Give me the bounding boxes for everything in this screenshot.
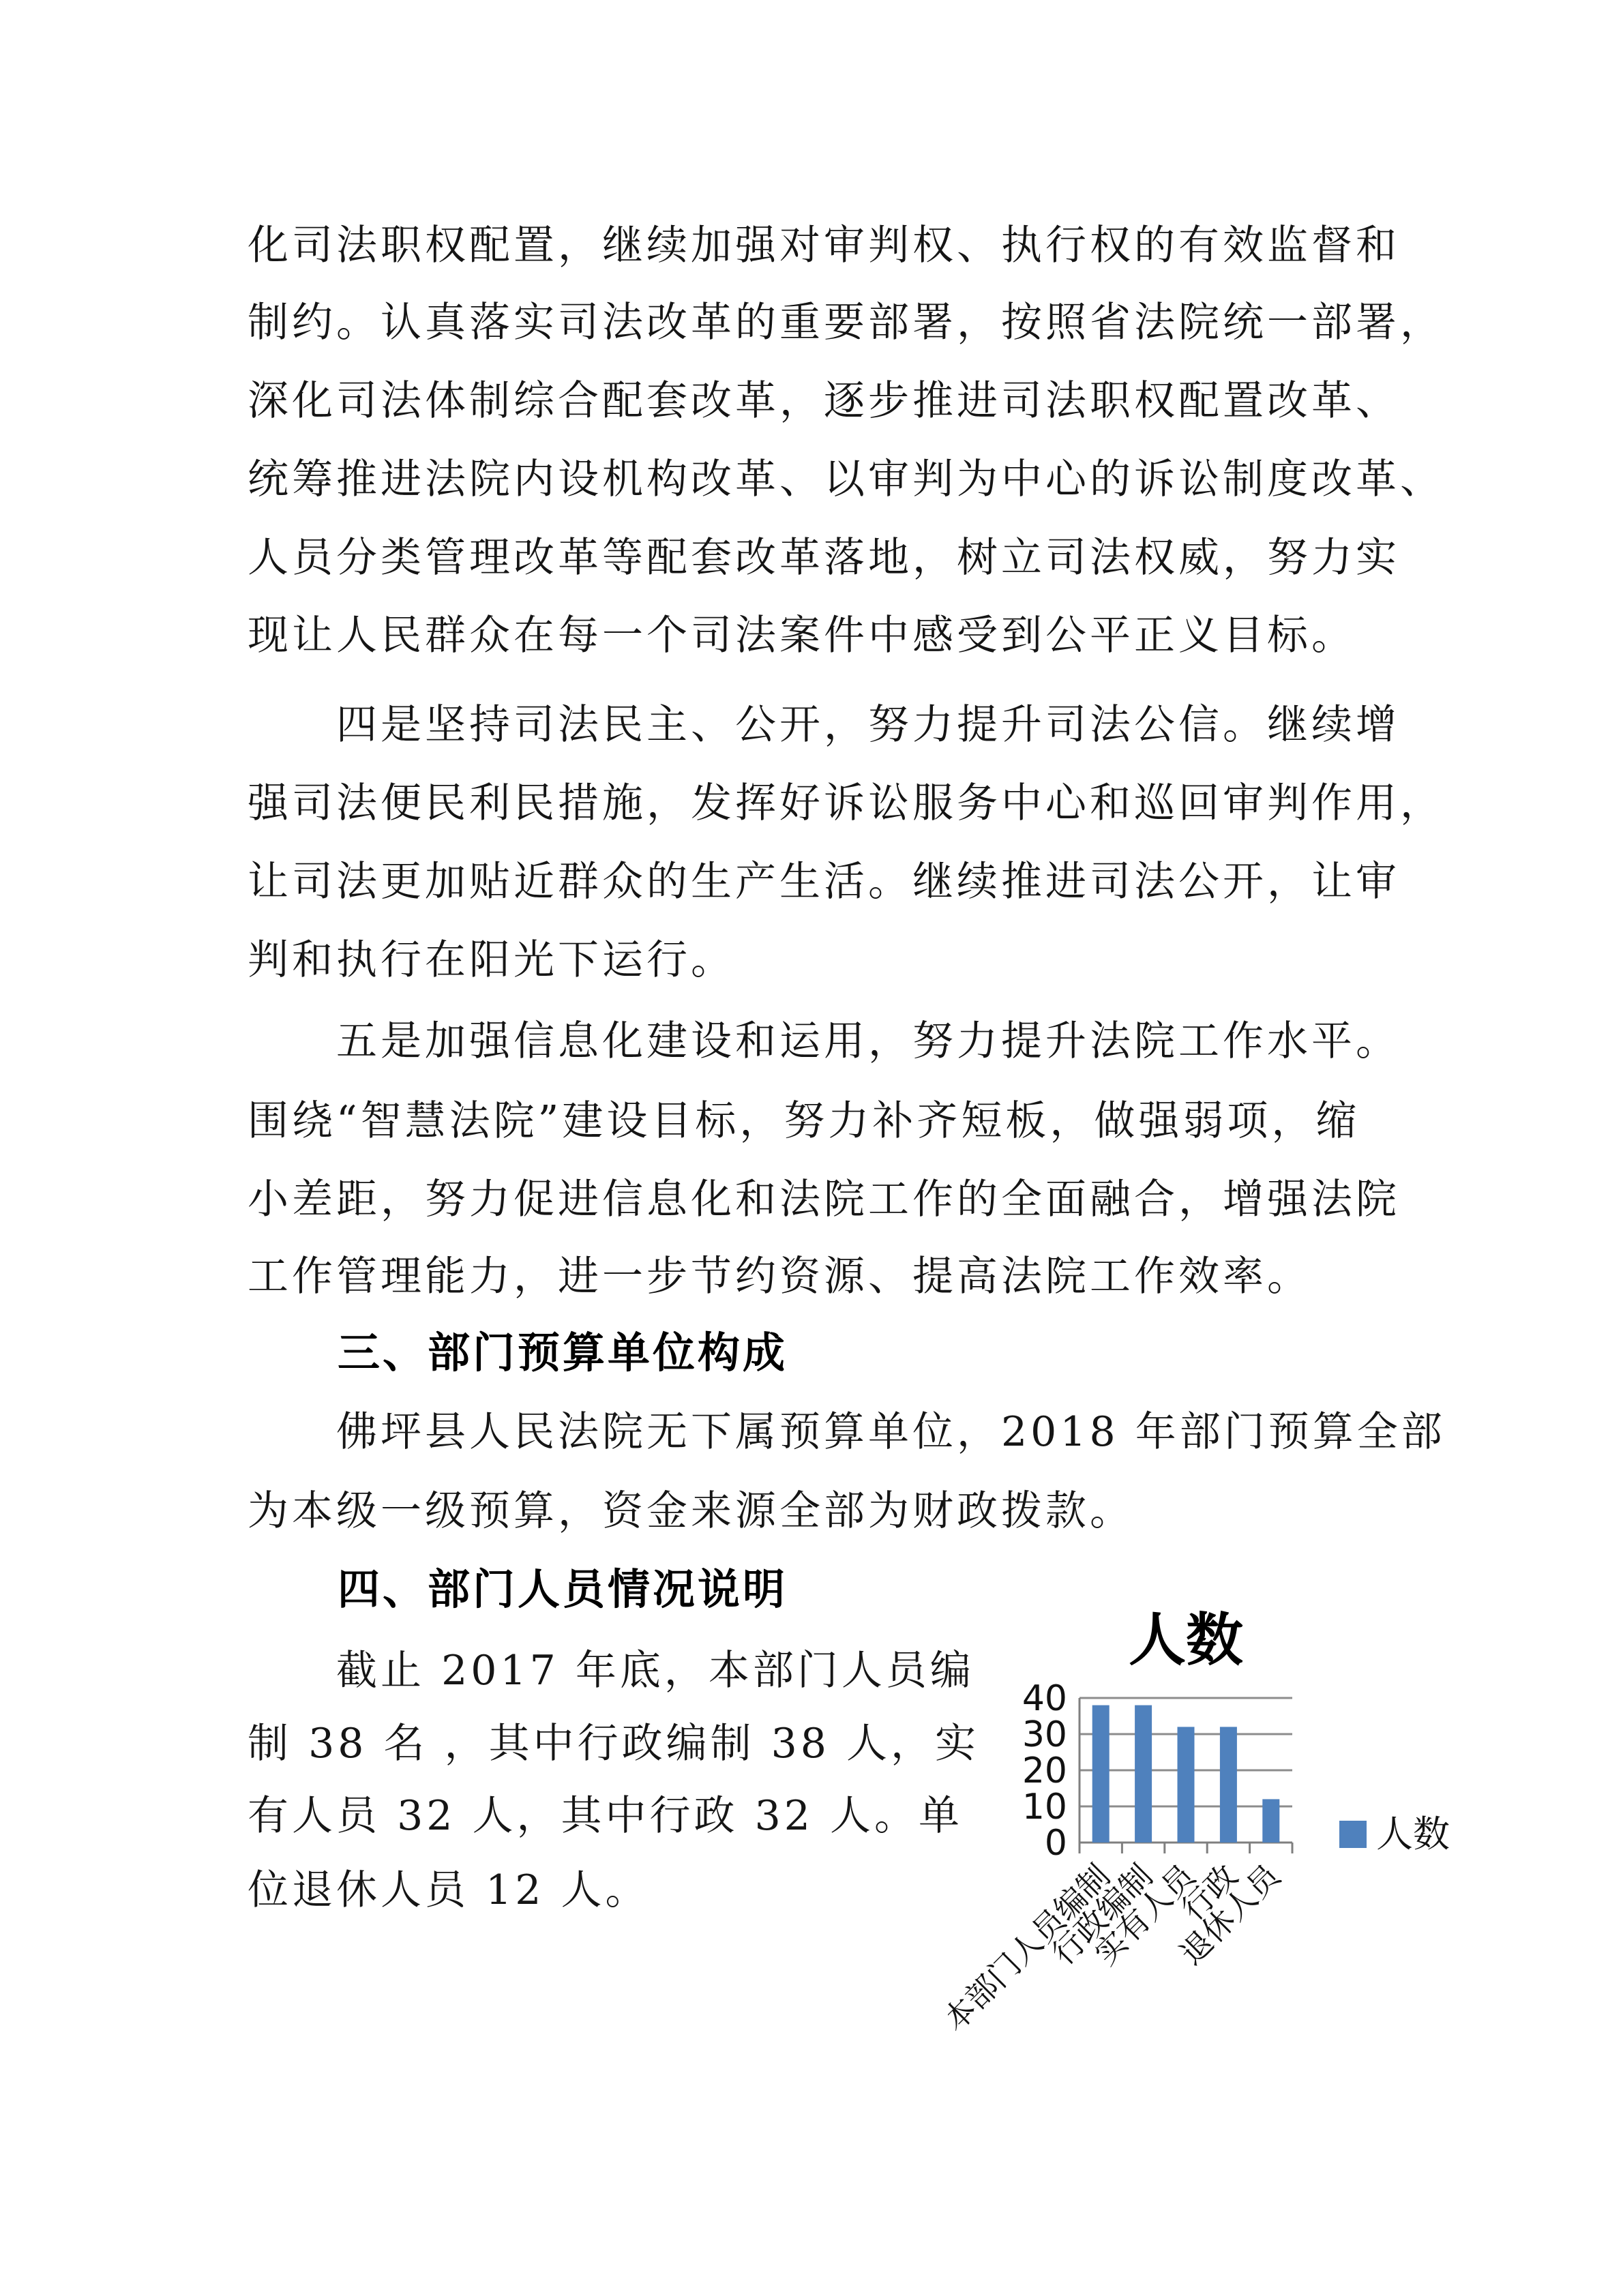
body-text-line: 围绕“智慧法院”建设目标，努力补齐短板，做强弱项，缩: [248, 1101, 1360, 1142]
body-text-line: 判和执行在阳光下运行。: [248, 940, 735, 981]
body-text-line: 位退休人员 12 人。: [248, 1870, 650, 1911]
body-text-line: 化司法职权配置，继续加强对审判权、执行权的有效监督和: [248, 225, 1400, 266]
body-text-line: 佛坪县人民法院无下属预算单位，2018 年部门预算全部: [336, 1412, 1446, 1452]
y-axis-tick-label: 30: [1022, 1714, 1067, 1755]
body-text-line: 让司法更加贴近群众的生产生活。继续推进司法公开，让审: [248, 861, 1400, 902]
document-page: 化司法职权配置，继续加强对审判权、执行权的有效监督和 制约。认真落实司法改革的重…: [0, 0, 1623, 2296]
people-count-chart: 010203040本部门人员编制行政编制实有人员行政退休人员人数人数: [948, 1589, 1487, 2053]
body-text-line: 制 38 名 ，其中行政编制 38 人，实: [248, 1723, 979, 1764]
body-text-line: 四是坚持司法民主、公开，努力提升司法公信。继续增: [336, 704, 1400, 745]
body-text-line: 人员分类管理改革等配套改革落地，树立司法权威，努力实: [248, 537, 1400, 578]
chart-bar: [1092, 1705, 1110, 1843]
section-heading-budget-unit: 三、部门预算单位构成: [338, 1332, 788, 1374]
body-text-line: 现让人民群众在每一个司法案件中感受到公平正义目标。: [248, 615, 1356, 656]
chart-bar: [1262, 1799, 1279, 1843]
body-text-line: 深化司法体制综合配套改革，逐步推进司法职权配置改革、: [248, 381, 1400, 421]
legend-swatch: [1339, 1821, 1367, 1848]
body-text-line: 五是加强信息化建设和运用，努力提升法院工作水平。: [336, 1021, 1400, 1062]
chart-bar: [1178, 1727, 1195, 1843]
y-axis-tick-label: 20: [1022, 1750, 1067, 1791]
body-text-line: 有人员 32 人，其中行政 32 人。单: [248, 1795, 963, 1836]
section-heading-personnel: 四、部门人员情况说明: [338, 1568, 788, 1611]
chart-bar: [1135, 1705, 1152, 1843]
body-text-line: 截止 2017 年底，本部门人员编: [336, 1650, 974, 1691]
y-axis-tick-label: 40: [1022, 1678, 1067, 1719]
legend-label: 人数: [1376, 1813, 1450, 1855]
chart-bar: [1220, 1727, 1237, 1843]
body-text-line: 统筹推进法院内设机构改革、以审判为中心的诉讼制度改革、: [248, 459, 1444, 500]
body-text-line: 工作管理能力，进一步节约资源、提高法院工作效率。: [248, 1256, 1311, 1297]
body-text-line: 为本级一级预算，资金来源全部为财政拨款。: [248, 1491, 1134, 1532]
people-count-bar-chart-svg: 010203040本部门人员编制行政编制实有人员行政退休人员人数人数: [948, 1589, 1487, 2053]
chart-title: 人数: [1129, 1607, 1243, 1673]
y-axis-tick-label: 0: [1045, 1823, 1067, 1864]
y-axis-tick-label: 10: [1022, 1787, 1067, 1828]
body-text-line: 制约。认真落实司法改革的重要部署，按照省法院统一部署，: [248, 302, 1444, 343]
body-text-line: 强司法便民利民措施，发挥好诉讼服务中心和巡回审判作用，: [248, 783, 1444, 824]
body-text-line: 小差距，努力促进信息化和法院工作的全面融合，增强法院: [248, 1179, 1400, 1220]
